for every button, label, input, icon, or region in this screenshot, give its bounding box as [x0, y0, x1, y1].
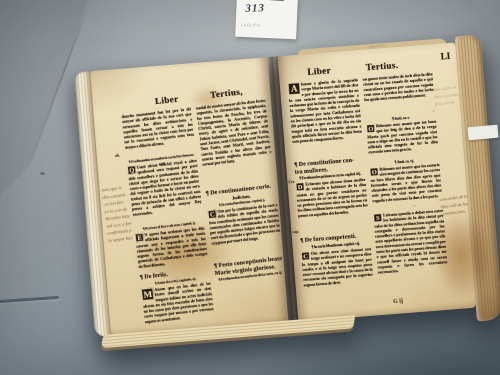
paragraph: EN apres fon ordenat que los dits offici… — [135, 225, 209, 273]
drop-cap-initial: E — [135, 233, 144, 242]
quire-signature: G ij — [393, 298, 403, 305]
paragraph: DEclaram que alcuna dona muller de ciuta… — [296, 177, 370, 236]
paragraph-text: Uant alcun official reyal o altre qualse… — [128, 158, 202, 217]
drop-cap-initial: C — [301, 252, 310, 261]
drop-cap-initial: Q — [127, 165, 136, 174]
paragraph-text: Om per la continuacio de la cort e dels … — [209, 202, 281, 246]
shelfmark-note: 313 1.6 Fa 17 m — [235, 0, 298, 39]
paragraph: COm alcun sera citat dauant son iutge or… — [301, 246, 375, 306]
right-page-columns: A honor e gloria de la sagrada verge Mar… — [288, 71, 451, 306]
note-printed-edge — [268, 0, 284, 1]
drop-cap-initial: C — [208, 210, 217, 219]
paragraph: SI alcuna questio o debat sera entre los… — [373, 208, 448, 284]
paragraph-text: Rdonam mes auant que tot hom qui iur lei… — [367, 119, 438, 155]
open-book: Liber Tertius, donchs manament fon fet p… — [74, 40, 500, 337]
drop-cap-initial: S — [373, 213, 382, 222]
right-margin-annotation-faded: vide supra in libro secundo folio xxxvij — [432, 84, 465, 130]
paragraph-text: Om alcun sera citat dauant son iutge ord… — [302, 246, 373, 287]
paragraph-text: Rdonam axi matex que los notaris sien te… — [370, 162, 441, 203]
paragraph-text: Eclaram que alcuna dona muller de ciutad… — [296, 177, 367, 218]
paragraph: MAnam que en los dies de les festes daua… — [141, 281, 215, 331]
paragraph-text: N apres fon ordenat que los dits officia… — [136, 225, 208, 269]
floor-mark — [40, 172, 45, 175]
folio-number: LI — [440, 51, 450, 62]
printed-sidenote: ali. — [114, 147, 126, 166]
printed-sidenote: Fer. — [288, 173, 303, 192]
sidenote-text: Fer. — [288, 179, 295, 184]
floor-crack — [0, 296, 59, 303]
running-header-liber: Liber — [307, 65, 331, 77]
paragraph-text: Anam que en los dies de les festes daual… — [143, 281, 214, 325]
right-page-column-1: A honor e gloria de la sagrada verge Mar… — [288, 77, 375, 306]
photo-open-antique-book: 313 1.6 Fa 17 m Liber Tertius, donchs ma… — [0, 0, 500, 375]
note-scribble: 1.6 Fa 17 m — [241, 23, 296, 28]
paragraph: QUant alcun official reyal o altre quals… — [127, 158, 204, 228]
running-header-tertius: Tertius, — [210, 86, 244, 100]
running-header-liber: Liber — [154, 94, 178, 107]
paragraph: COm per la continuacio de la cort e dels… — [208, 202, 283, 262]
drop-cap-initial: A — [288, 82, 301, 95]
sidenote-text: cap. — [292, 229, 299, 234]
paragraph: no gosen tenir taules de ioch dins la di… — [362, 71, 435, 118]
paragraph: A honor e gloria de la sagrada verge Mar… — [288, 77, 364, 160]
sidenote-text: ali. — [115, 153, 121, 158]
paragraph: ORdonam mes auant que tot hom qui iur le… — [366, 119, 439, 162]
right-page: Liber Tertius. A honor e gloria de la sa… — [278, 42, 476, 321]
paragraph: donchs manament fon fet per lo dit senyo… — [121, 106, 196, 160]
drop-cap-initial: O — [366, 124, 375, 133]
paragraph-text: I alcuna questio o debat sera entre los … — [374, 208, 447, 275]
drop-cap-initial: O — [370, 167, 379, 176]
left-page: Liber Tertius, donchs manament fon fet p… — [90, 57, 288, 336]
annotation-line: memoria — [369, 38, 410, 50]
running-header-tertius: Tertius. — [365, 60, 398, 73]
drop-cap-initial: M — [141, 288, 154, 301]
right-margin-annotation: concordat ab lo libre vell de les consti… — [439, 193, 478, 239]
note-number: 313 — [245, 2, 265, 15]
left-page-columns: donchs manament fon fet per lo dit senyo… — [121, 98, 291, 331]
bookmark-tab — [467, 125, 498, 141]
paragraph: nadal de nostre senyor ab les dues feste… — [196, 98, 275, 189]
printed-sidenote: cap. — [292, 223, 307, 242]
paragraph: ORdonam axi matex que los notaris sien t… — [370, 162, 443, 213]
